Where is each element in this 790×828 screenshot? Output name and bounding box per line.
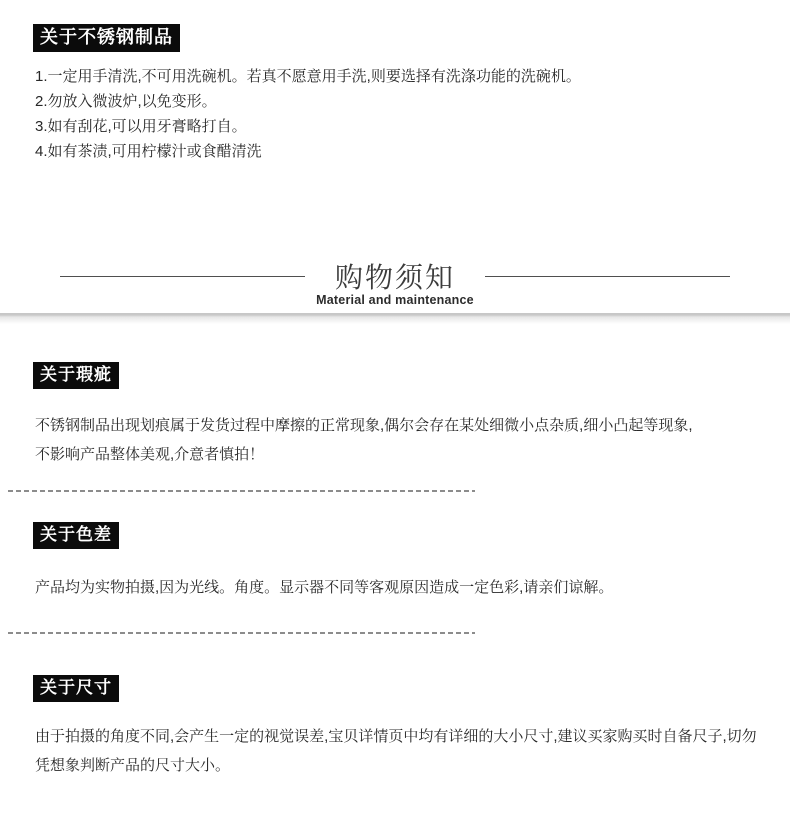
section-flaws-paragraph: 不锈钢制品出现划痕属于发货过程中摩擦的正常现象,偶尔会存在某处细微小点杂质,细小…	[35, 411, 790, 469]
page-title: 购物须知	[335, 256, 455, 296]
header-line-left	[60, 276, 305, 277]
care-instruction-item: 3.如有刮花,可以用牙膏略打自。	[35, 114, 790, 139]
section-size-paragraph: 由于拍摄的角度不同,会产生一定的视觉误差,宝贝详情页中均有详细的大小尺寸,建议买…	[35, 722, 790, 780]
paragraph-line: 凭想象判断产品的尺寸大小。	[35, 751, 790, 780]
section-flaws-badge: 关于瑕疵	[33, 362, 119, 389]
notice-header: 购物须知 Material and maintenance	[0, 260, 790, 307]
notice-title-row: 购物须知	[0, 260, 790, 292]
care-instruction-item: 4.如有茶渍,可用柠檬汁或食醋清洗	[35, 139, 790, 164]
page-subtitle: Material and maintenance	[0, 293, 790, 307]
paragraph-line: 产品均为实物拍摄,因为光线。角度。显示器不同等客观原因造成一定色彩,请亲们谅解。	[35, 573, 790, 602]
care-instruction-list: 1.一定用手清洗,不可用洗碗机。若真不愿意用手洗,则要选择有洗涤功能的洗碗机。 …	[35, 64, 790, 164]
section-color-difference: 关于色差 产品均为实物拍摄,因为光线。角度。显示器不同等客观原因造成一定色彩,请…	[0, 522, 790, 602]
gradient-divider-bar	[0, 313, 790, 324]
dashed-divider	[8, 490, 475, 492]
dashed-divider	[8, 632, 475, 634]
section-size: 关于尺寸 由于拍摄的角度不同,会产生一定的视觉误差,宝贝详情页中均有详细的大小尺…	[0, 675, 790, 780]
section-color-difference-paragraph: 产品均为实物拍摄,因为光线。角度。显示器不同等客观原因造成一定色彩,请亲们谅解。	[35, 573, 790, 602]
care-instruction-item: 2.勿放入微波炉,以免变形。	[35, 89, 790, 114]
header-line-right	[485, 276, 730, 277]
care-section: 关于不锈钢制品 1.一定用手清洗,不可用洗碗机。若真不愿意用手洗,则要选择有洗涤…	[0, 0, 790, 164]
paragraph-line: 不锈钢制品出现划痕属于发货过程中摩擦的正常现象,偶尔会存在某处细微小点杂质,细小…	[35, 411, 790, 440]
paragraph-line: 不影响产品整体美观,介意者慎拍！	[35, 440, 790, 469]
section-color-difference-badge: 关于色差	[33, 522, 119, 549]
care-section-badge: 关于不锈钢制品	[33, 24, 180, 52]
section-flaws: 关于瑕疵 不锈钢制品出现划痕属于发货过程中摩擦的正常现象,偶尔会存在某处细微小点…	[0, 362, 790, 469]
care-instruction-item: 1.一定用手清洗,不可用洗碗机。若真不愿意用手洗,则要选择有洗涤功能的洗碗机。	[35, 64, 790, 89]
section-size-badge: 关于尺寸	[33, 675, 119, 702]
paragraph-line: 由于拍摄的角度不同,会产生一定的视觉误差,宝贝详情页中均有详细的大小尺寸,建议买…	[35, 722, 790, 751]
